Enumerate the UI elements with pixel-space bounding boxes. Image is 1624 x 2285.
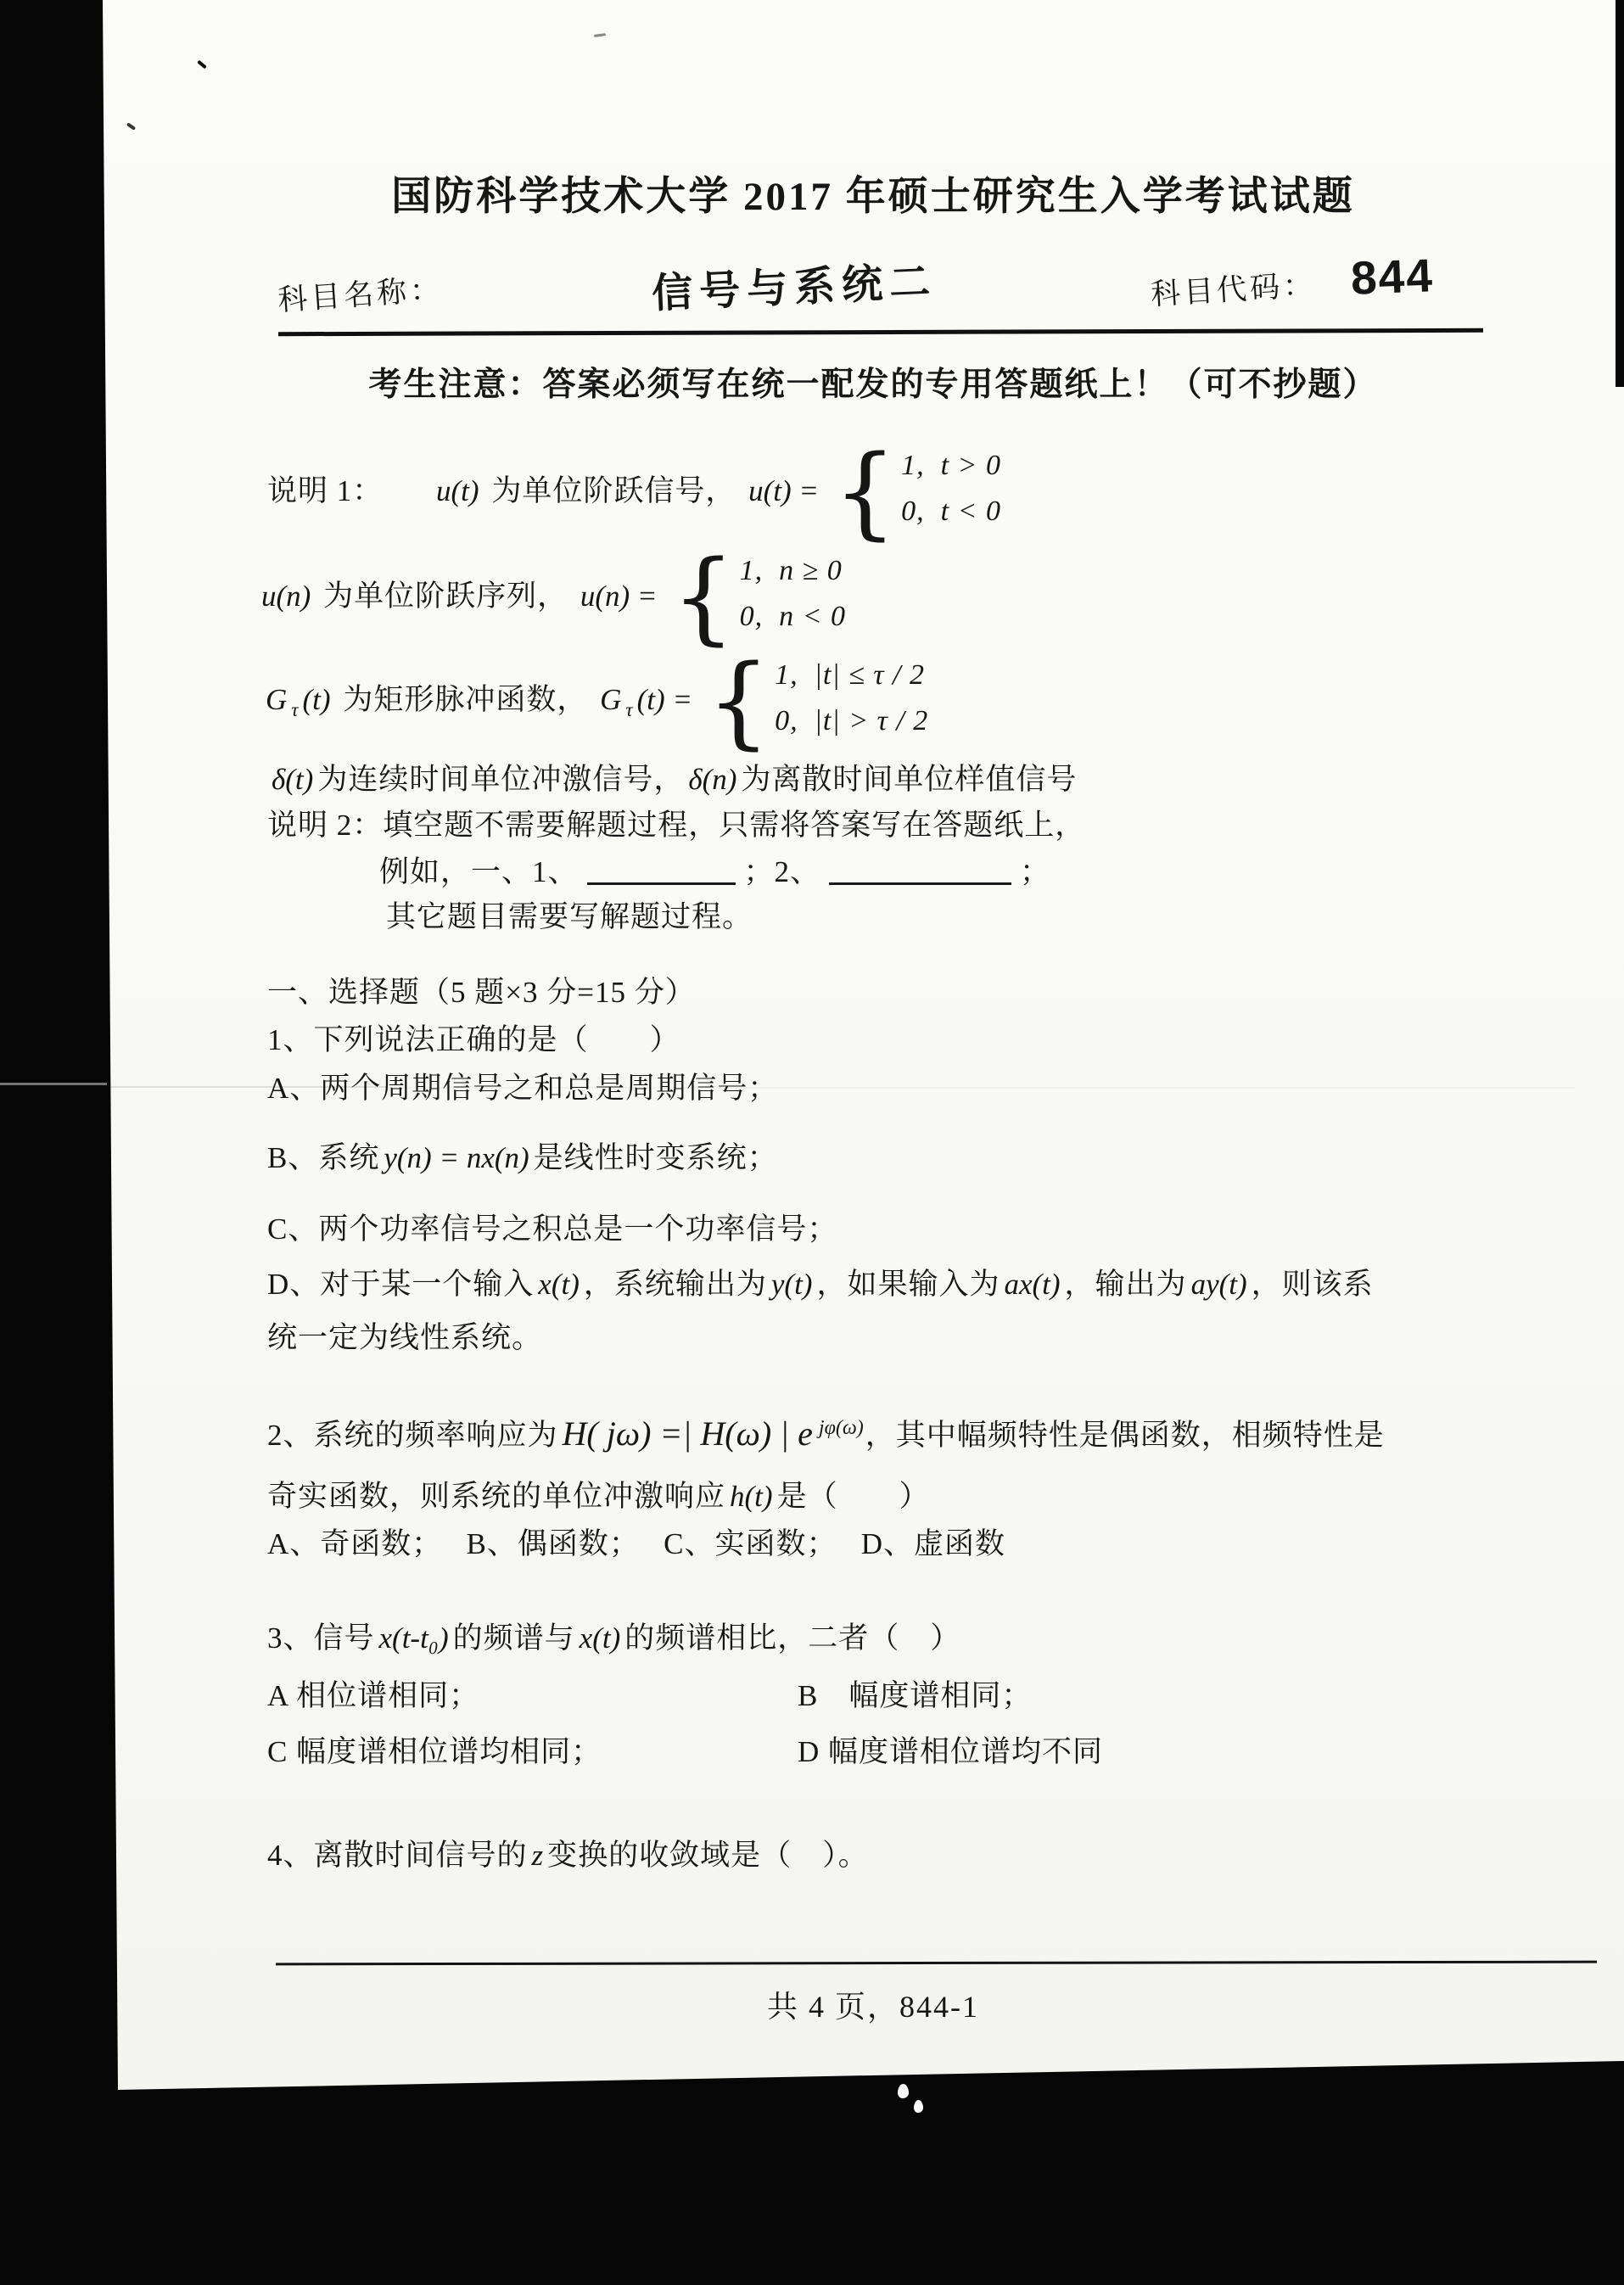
q3-option-c: C 幅度谱相位谱均相同； [267,1735,602,1768]
q1-d-t1: ，系统输出为 [584,1268,767,1301]
pen-mark [594,33,606,37]
cases-ut: 1, t > 0 0, t < 0 [901,450,1001,528]
paper-sheet: 国防科学技术大学 2017 年硕士研究生入学考试试题 科目名称： 信号与系统二 … [0,0,1624,2285]
cases-un: 1, n ≥ 0 0, n < 0 [740,555,846,633]
math-delta-n: δ(n) [684,763,741,796]
q3-t1: 的频谱与 [453,1621,575,1655]
math-ut-lhs: u(t) = [744,474,823,507]
note2-label: 说明 2： [267,809,383,842]
case-bottom: 0, n < 0 [740,601,846,633]
q1-option-b: B、系统y(n) = nx(n)是线性时变系统； [267,1134,778,1177]
math-ht: h(t) [725,1480,777,1513]
q1-d-t4: ，则该系 [1252,1268,1374,1301]
q4-t1: 4、离散时间信号的 [267,1839,528,1872]
note1-label: 说明 1： [267,474,383,507]
definition-delta: δ(t)为连续时间单位冲激信号，δ(n)为离散时间单位样值信号 [267,756,1077,798]
math-un-lhs: u(n) = [576,580,662,613]
math-ut: u(t) [432,474,484,507]
math-xt: x(t) [534,1268,584,1301]
q2-stem-line2: 奇实函数，则系统的单位冲激响应h(t)是（ ） [267,1473,930,1515]
q1-d-pre: D、对于某一个输入 [267,1268,534,1301]
subject-name: 信号与系统二 [651,249,938,320]
math-ayt: ay(t) [1187,1268,1252,1301]
math-z: z [528,1839,548,1872]
q1-d-t2: ，如果输入为 [816,1268,1000,1301]
exam-notice: 考生注意：答案必须写在统一配发的专用答题纸上！（可不抄题） [127,358,1619,406]
fold-crease-edge [0,1083,107,1085]
math-un: u(n) [257,580,315,613]
pen-mark [126,122,136,131]
math-hjw: H( jω) =| H(ω) | e [558,1414,817,1453]
example-end: ； [1020,855,1050,888]
scan-speck [914,2100,923,2113]
scanned-exam-page: 国防科学技术大学 2017 年硕士研究生入学考试试题 科目名称： 信号与系统二 … [0,0,1624,2285]
definition-gt: Gτ(t) 为矩形脉冲函数， Gτ(t) = { 1, |t| ≤ τ / 2 … [261,653,928,743]
definition-ut-text: 说明 1： u(t) 为单位阶跃信号， u(t) = [267,468,823,510]
q1-stem: 1、下列说法正确的是（ ） [267,1016,680,1059]
math-q1b: y(n) = nx(n) [379,1141,533,1174]
q2-post: ，其中幅频特性是偶函数，相频特性是 [865,1419,1385,1452]
page-footer: 共 4 页，844-1 [127,1983,1619,2026]
math-xtt0: x(t-t₀) [375,1621,453,1655]
fold-crease [107,1086,387,1088]
q1-option-d-cont: 统一定为线性系统。 [267,1314,542,1357]
header-divider [278,328,1483,336]
example-mid: ；2、 [744,855,821,888]
math-hjw-sup: jφ(ω) [817,1417,865,1439]
q2-stem-line1: 2、系统的频率响应为H( jω) =| H(ω) | ejφ(ω)，其中幅频特性… [267,1412,1385,1454]
fold-crease-faint [387,1087,1575,1089]
note2-tail-line: 其它题目需要写解题过程。 [386,893,753,936]
math-xt2: x(t) [575,1621,625,1655]
case-bottom: 0, |t| > τ / 2 [775,705,928,737]
case-top: 1, |t| ≤ τ / 2 [775,659,928,692]
math-g-rest: (t) [299,683,335,716]
definition-un-text: u(n) 为单位阶跃序列， u(n) = [257,573,662,615]
q2-line2-post: 是（ ） [777,1480,930,1513]
left-brace: { [833,446,898,536]
math-g-lhs-rest: (t) = [633,683,697,716]
q4-t2: 变换的收敛域是（ ）。 [547,1839,869,1872]
q1-b-post: 是线性时变系统； [534,1141,778,1174]
math-g-base: G [261,683,291,716]
definition-un: u(n) 为单位阶跃序列， u(n) = { 1, n ≥ 0 0, n < 0 [257,549,846,639]
note2-example-line: 例如，一、1、；2、； [379,848,1050,891]
left-brace: { [707,656,771,746]
q2-line2-pre: 奇实函数，则系统的单位冲激响应 [267,1480,725,1513]
definition-un-desc: 为单位阶跃序列， [323,580,568,613]
q2-pre: 2、系统的频率响应为 [267,1419,558,1452]
q1-option-d: D、对于某一个输入x(t)，系统输出为y(t)，如果输入为ax(t)，输出为ay… [267,1261,1374,1303]
q3-stem: 3、信号x(t-t₀)的频谱与x(t)的频谱相比，二者（ ） [267,1615,960,1657]
math-g-lhs-base: G [596,683,625,716]
subject-code-value: 844 [1350,248,1435,305]
definition-ut-desc: 为单位阶跃信号， [491,474,736,507]
q3-option-a: A 相位谱相同； [267,1679,479,1712]
q3-options-row2: C 幅度谱相位谱均相同； D 幅度谱相位谱均不同 [267,1728,602,1771]
answer-blank-1 [587,854,736,885]
q1-d-t3: ，输出为 [1065,1268,1187,1301]
footer-divider [276,1961,1597,1966]
note2-text: 填空题不需要解题过程，只需将答案写在答题纸上， [383,809,1085,842]
pen-mark [197,60,207,70]
q3-option-b: B 幅度谱相同； [798,1672,1032,1715]
q3-option-d: D 幅度谱相位谱均不同 [798,1728,1103,1771]
q4-stem: 4、离散时间信号的z变换的收敛域是（ ）。 [267,1832,869,1874]
definition-ut: 说明 1： u(t) 为单位阶跃信号， u(t) = { 1, t > 0 0,… [267,444,1001,534]
q3-options-row1: A 相位谱相同； B 幅度谱相同； [267,1672,479,1715]
definition-delta-text2: 为离散时间单位样值信号 [741,763,1077,796]
math-delta-t: δ(t) [267,763,317,796]
definition-delta-text1: 为连续时间单位冲激信号， [317,763,684,796]
q3-t2: 的频谱相比，二者（ ） [624,1621,960,1655]
scan-edge-strip [1616,0,1624,387]
definition-gt-desc: 为矩形脉冲函数， [343,683,587,716]
math-axt: ax(t) [1000,1268,1064,1301]
math-yt: y(t) [767,1268,817,1301]
case-top: 1, n ≥ 0 [740,555,846,587]
subject-label: 科目名称： [276,266,444,319]
example-pre: 例如，一、1、 [379,855,579,888]
q1-b-pre: B、系统 [267,1141,379,1174]
subject-code-label: 科目代码： [1150,261,1318,314]
answer-blank-2 [829,854,1011,885]
cases-gt: 1, |t| ≤ τ / 2 0, |t| > τ / 2 [775,659,928,737]
case-bottom: 0, t < 0 [901,496,1001,528]
definition-gt-text: Gτ(t) 为矩形脉冲函数， Gτ(t) = [261,676,697,721]
q2-options: A、奇函数； B、偶函数； C、实函数； D、虚函数 [267,1521,1005,1563]
section1-heading: 一、选择题（5 题×3 分=15 分） [267,969,696,1011]
math-g-sub: τ [291,699,298,720]
page-title: 国防科学技术大学 2017 年硕士研究生入学考试试题 [127,165,1619,221]
case-top: 1, t > 0 [901,450,1001,482]
q3-pre: 3、信号 [267,1621,375,1655]
left-brace: { [672,552,736,641]
scan-speck [898,2084,909,2098]
math-g-lhs-sub: τ [625,699,632,720]
q1-option-c: C、两个功率信号之积总是一个功率信号； [267,1206,837,1248]
note2-line: 说明 2：填空题不需要解题过程，只需将答案写在答题纸上， [267,802,1085,844]
